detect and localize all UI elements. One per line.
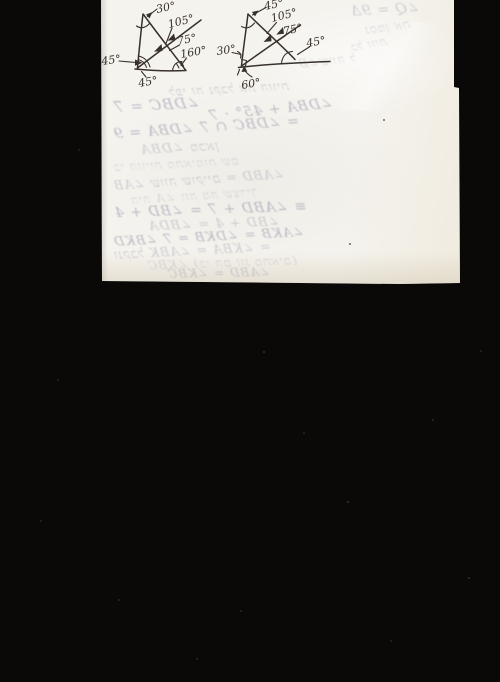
triangle-sketches: 30° 105° 75° 160° 45° 45° [0, 0, 500, 682]
ink-speck [383, 119, 385, 121]
leader-45-left [119, 61, 136, 63]
angle-label-30-left: 30° [216, 42, 237, 58]
paper-sheet: ∠Q = 9Δ נסמן את כל זוית שווה ל∠B לפי זה … [0, 0, 500, 682]
bottom-ray [239, 62, 331, 68]
triangle-sketch-left: 30° 105° 75° 160° 45° 45° [100, 0, 208, 90]
angle-label-45-left: 45° [100, 52, 122, 68]
angle-label-45-bottom: 45° [136, 74, 158, 90]
left-side [242, 14, 249, 66]
arrowhead [252, 11, 259, 17]
left-vertex-tick [238, 70, 240, 76]
angle-label-30: 30° [155, 0, 177, 16]
crossing-arrowhead [154, 44, 163, 52]
ink-speck [349, 243, 351, 245]
apex-angle-arc [137, 24, 150, 28]
arrowhead [146, 12, 153, 19]
crossing-arrowhead [264, 34, 272, 42]
apex-angle-arc [242, 23, 255, 28]
scanner-dust-specks [0, 0, 2, 2]
right-vertex-arc [282, 52, 293, 63]
triangle-sketch-right: 45° 105° 75° 45° 30° 60° [216, 0, 330, 92]
angle-label-45-right: 45° [304, 34, 326, 50]
angle-label-60-bottom: 60° [240, 76, 261, 92]
angle-label-75: 75° [282, 21, 304, 38]
bottom-side [135, 69, 186, 71]
scanned-page: ∠Q = 9Δ נסמן את כל זוית שווה ל∠B לפי זה … [0, 0, 500, 682]
